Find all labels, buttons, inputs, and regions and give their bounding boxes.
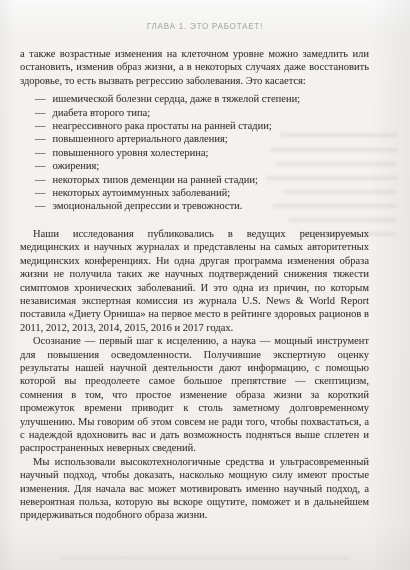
list-item: — повышенного артериального давления; xyxy=(35,133,369,146)
list-item-text: некоторых аутоиммунных заболеваний; xyxy=(53,187,231,200)
body-paragraph-research: Наши исследования публиковались в ведущи… xyxy=(20,228,369,335)
list-item-text: ишемической болезни сердца, даже в тяжел… xyxy=(53,93,301,106)
list-item-text: диабета второго типа; xyxy=(53,107,151,120)
running-header: ГЛАВА 1. ЭТО РАБОТАЕТ! xyxy=(0,22,410,31)
list-item-text: повышенного уровня холестерина; xyxy=(53,147,209,160)
list-item: — эмоциональной депрессии и тревожности. xyxy=(35,200,369,213)
list-item-text: неагрессивного рака простаты на ранней с… xyxy=(53,120,272,133)
dash-marker: — xyxy=(35,107,46,120)
list-item: — неагрессивного рака простаты на ранней… xyxy=(35,120,369,133)
conditions-list: — ишемической болезни сердца, даже в тяж… xyxy=(20,93,369,214)
dash-marker: — xyxy=(35,133,46,146)
list-item: — ишемической болезни сердца, даже в тяж… xyxy=(35,93,369,106)
list-item: — некоторых аутоиммунных заболеваний; xyxy=(35,187,369,200)
page-body: а также возрастные изменения на клеточно… xyxy=(20,48,369,523)
list-item-text: ожирения; xyxy=(53,160,100,173)
dash-marker: — xyxy=(35,120,46,133)
list-item: — повышенного уровня холестерина; xyxy=(35,147,369,160)
dash-marker: — xyxy=(35,147,46,160)
list-item: — некоторых типов деменции на ранней ста… xyxy=(35,174,369,187)
dash-marker: — xyxy=(35,93,46,106)
list-item-text: повышенного артериального давления; xyxy=(53,133,228,146)
list-item: — ожирения; xyxy=(35,160,369,173)
dash-marker: — xyxy=(35,187,46,200)
list-item: — диабета второго типа; xyxy=(35,107,369,120)
body-paragraph-hightech: Мы использовали высокотехнологичные сред… xyxy=(20,456,369,523)
intro-paragraph: а также возрастные изменения на клеточно… xyxy=(20,48,369,88)
body-paragraph-awareness: Осознание — первый шаг к исцелению, а на… xyxy=(20,335,369,456)
book-page: ГЛАВА 1. ЭТО РАБОТАЕТ! а также возрастны… xyxy=(0,0,410,570)
list-item-text: эмоциональной депрессии и тревожности. xyxy=(53,200,243,213)
dash-marker: — xyxy=(35,200,46,213)
list-item-text: некоторых типов деменции на ранней стади… xyxy=(53,174,258,187)
dash-marker: — xyxy=(35,174,46,187)
dash-marker: — xyxy=(35,160,46,173)
